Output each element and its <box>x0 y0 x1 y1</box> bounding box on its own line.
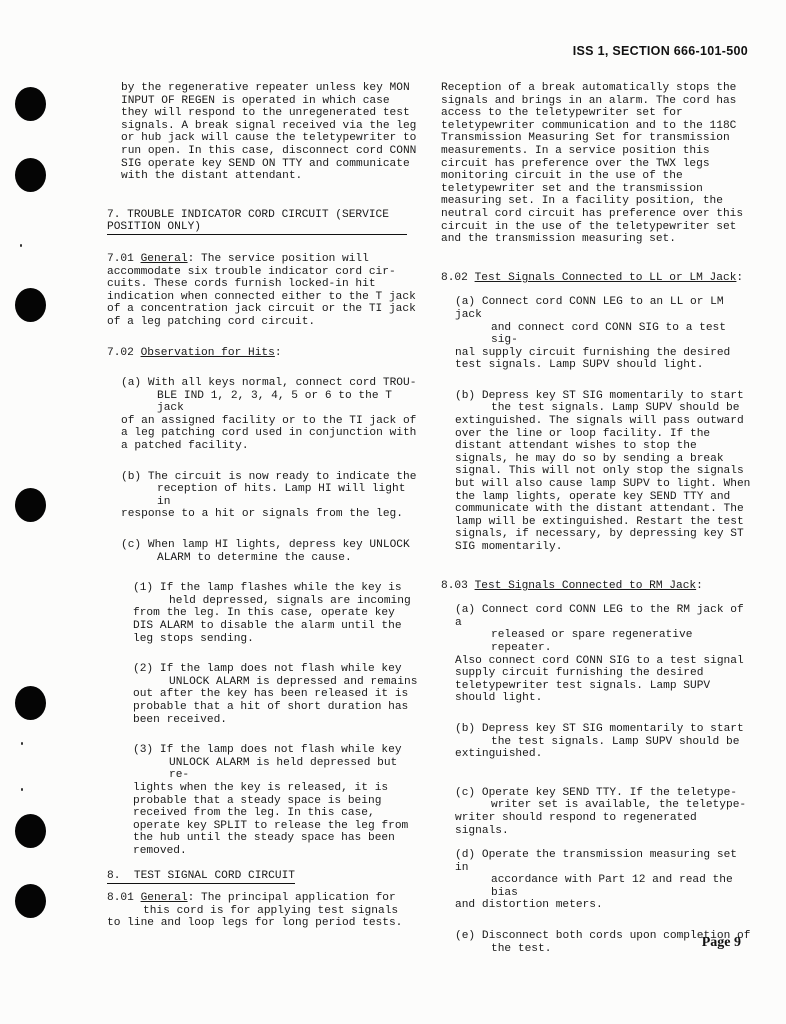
right-column: Reception of a break automatically stops… <box>441 82 753 955</box>
paragraph-8-02-heading: 8.02 Test Signals Connected to LL or LM … <box>441 272 753 285</box>
binder-hole <box>15 87 46 121</box>
scan-speck <box>21 742 23 745</box>
scan-speck <box>21 788 23 791</box>
list-item: (d) Operate the transmission measuring s… <box>455 849 753 912</box>
continued-paragraph: Reception of a break automatically stops… <box>441 82 753 246</box>
paragraph-8-03-heading: 8.03 Test Signals Connected to RM Jack: <box>441 580 753 593</box>
section-8-heading: 8. TEST SIGNAL CORD CIRCUIT <box>107 870 295 885</box>
list-item: (b) Depress key ST SIG momentarily to st… <box>455 390 753 554</box>
binder-hole <box>15 814 46 848</box>
paragraph-7-01: 7.01 General: The service position will … <box>107 253 419 329</box>
left-column: by the regenerative repeater unless key … <box>107 82 419 930</box>
document-header: ISS 1, SECTION 666-101-500 <box>573 44 748 58</box>
binder-hole <box>15 884 46 918</box>
paragraph-7-02-heading: 7.02 Observation for Hits: <box>107 347 419 360</box>
paragraph-8-01: 8.01 General: The principal application … <box>107 892 419 930</box>
continued-paragraph: by the regenerative repeater unless key … <box>107 82 419 183</box>
sub-list-item: (3) If the lamp does not flash while key… <box>133 744 419 857</box>
list-item: (a) With all keys normal, connect cord T… <box>121 377 419 453</box>
binder-hole <box>15 488 46 522</box>
list-item: (c) Operate key SEND TTY. If the teletyp… <box>455 787 753 837</box>
binder-hole <box>15 158 46 192</box>
page-number: Page 9 <box>702 935 741 951</box>
list-item: (a) Connect cord CONN LEG to the RM jack… <box>455 604 753 705</box>
section-7-heading: 7. TROUBLE INDICATOR CORD CIRCUIT (SERVI… <box>107 209 407 235</box>
list-item: (b) The circuit is now ready to indicate… <box>121 471 419 521</box>
list-item: (b) Depress key ST SIG momentarily to st… <box>455 723 753 761</box>
section-title: TROUBLE INDICATOR CORD CIRCUIT (SERVICE … <box>107 209 389 234</box>
list-item: (c) When lamp HI lights, depress key UNL… <box>121 539 419 564</box>
binder-hole <box>15 686 46 720</box>
sub-list-item: (2) If the lamp does not flash while key… <box>133 663 419 726</box>
scan-speck <box>20 244 22 247</box>
binder-hole <box>15 288 46 322</box>
list-item: (a) Connect cord CONN LEG to an LL or LM… <box>455 296 753 372</box>
sub-list-item: (1) If the lamp flashes while the key is… <box>133 582 419 645</box>
